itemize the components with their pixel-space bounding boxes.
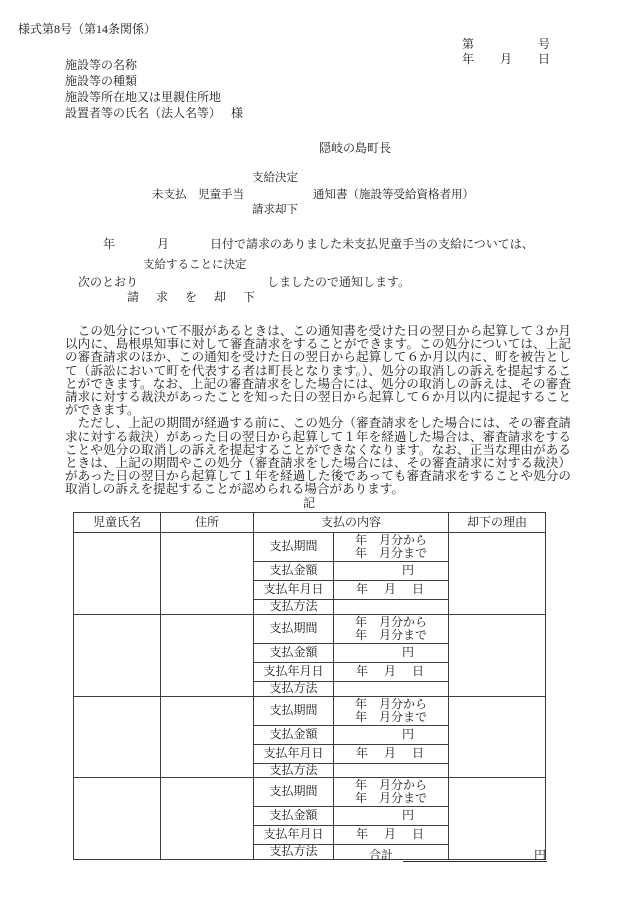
rejection-reason-cell — [449, 614, 546, 696]
payment-amount-value: 円 — [334, 807, 449, 826]
payment-period-value: 年 月分から年 月分まで — [334, 696, 449, 725]
payment-period-label: 支払期間 — [254, 696, 334, 725]
child-name-cell — [74, 533, 161, 615]
total-label: 合計 — [369, 848, 393, 862]
payment-date-label: 支払年月日 — [254, 744, 334, 763]
payment-amount-value: 円 — [334, 725, 449, 744]
appeal-notes: この処分について不服があるときは、この通知書を受けた日の翌日から起算して３か月以… — [65, 325, 571, 497]
payment-row-group: 支払期間年 月分から年 月分まで支払金額円支払年月日年 月 日支払方法 — [74, 696, 546, 778]
payment-date-label: 支払年月日 — [254, 581, 334, 600]
payment-period-to: 年 月分まで — [334, 547, 448, 560]
issuer-mayor-name: 隠岐の島町長 — [319, 141, 391, 155]
payment-table: 児童氏名 住所 支払の内容 却下の理由 支払期間年 月分から年 月分まで支払金額… — [73, 512, 546, 860]
payment-period-from: 年 月分から — [334, 698, 448, 711]
payment-amount-label: 支払金額 — [254, 643, 334, 662]
decision-suffix: しましたので通知します。 — [267, 275, 410, 289]
payment-method-value — [334, 763, 449, 778]
payment-period-label: 支払期間 — [254, 533, 334, 562]
decision-option-reject: 請 求 を 却 下 — [127, 290, 258, 304]
date-month-label: 月 — [500, 52, 512, 66]
total-unit-yen: 円 — [534, 848, 546, 862]
payment-date-value: 年 月 日 — [334, 826, 449, 845]
payment-amount-value: 円 — [334, 643, 449, 662]
recipient-founder-name-label: 設置者等の氏名（法人名等） — [65, 106, 221, 120]
payment-period-value: 年 月分から年 月分まで — [334, 533, 449, 562]
title-prefix: 未支払 児童手当 — [152, 189, 244, 203]
payment-amount-label: 支払金額 — [254, 562, 334, 581]
request-month-label: 月 — [157, 237, 169, 251]
total-amount-underline — [403, 861, 547, 862]
list-marker-ki: 記 — [73, 497, 545, 510]
address-cell — [161, 696, 254, 778]
title-option-grant: 支給決定 — [252, 172, 298, 186]
decision-prefix: 次のとおり — [78, 275, 138, 289]
payment-method-label: 支払方法 — [254, 600, 334, 615]
payment-period-label: 支払期間 — [254, 614, 334, 643]
payment-date-label: 支払年月日 — [254, 662, 334, 681]
rejection-reason-cell — [449, 533, 546, 615]
child-name-cell — [74, 614, 161, 696]
payment-date-label: 支払年月日 — [254, 826, 334, 845]
recipient-facility-type-label: 施設等の種類 — [65, 74, 137, 88]
payment-date-value: 年 月 日 — [334, 744, 449, 763]
date-day-label: 日 — [538, 52, 550, 66]
recipient-facility-name-label: 施設等の名称 — [65, 58, 137, 72]
payment-period-from: 年 月分から — [334, 616, 448, 629]
payment-method-label: 支払方法 — [254, 763, 334, 778]
title-option-reject: 請求却下 — [252, 204, 298, 218]
payment-period-to: 年 月分まで — [334, 629, 448, 642]
header-address: 住所 — [161, 513, 254, 533]
doc-number-suffix: 号 — [538, 37, 550, 51]
payment-method-label: 支払方法 — [254, 681, 334, 696]
date-year-label: 年 — [462, 52, 474, 66]
payment-row-group: 支払期間年 月分から年 月分まで支払金額円支払年月日年 月 日支払方法 — [74, 778, 546, 860]
document-page: 様式第8号（第14条関係） 第 号 年 月 日 施設等の名称 施設等の種類 施設… — [0, 0, 630, 903]
header-child-name: 児童氏名 — [74, 513, 161, 533]
payment-amount-label: 支払金額 — [254, 725, 334, 744]
decision-option-grant: 支給することに決定 — [143, 259, 247, 273]
payment-date-value: 年 月 日 — [334, 581, 449, 600]
payment-amount-label: 支払金額 — [254, 807, 334, 826]
address-cell — [161, 533, 254, 615]
child-name-cell — [74, 778, 161, 860]
payment-method-label: 支払方法 — [254, 845, 334, 860]
appeal-note-paragraph-2: ただし、上記の期間が経過する前に、この処分（審査請求をした場合には、その審査請求… — [65, 417, 571, 496]
payment-method-value — [334, 600, 449, 615]
payment-period-to: 年 月分まで — [334, 711, 448, 724]
doc-number-prefix: 第 — [462, 37, 474, 51]
appeal-note-paragraph-1: この処分について不服があるときは、この通知書を受けた日の翌日から起算して３か月以… — [65, 325, 571, 417]
rejection-reason-cell — [449, 778, 546, 860]
form-number-label: 様式第8号（第14条関係） — [18, 22, 156, 36]
address-cell — [161, 778, 254, 860]
title-suffix: 通知書（施設等受給資格者用） — [313, 189, 474, 203]
rejection-reason-cell — [449, 696, 546, 778]
payment-row-group: 支払期間年 月分から年 月分まで支払金額円支払年月日年 月 日支払方法 — [74, 533, 546, 615]
payment-period-value: 年 月分から年 月分まで — [334, 778, 449, 807]
payment-row-group: 支払期間年 月分から年 月分まで支払金額円支払年月日年 月 日支払方法 — [74, 614, 546, 696]
recipient-address-label: 施設等所在地又は里親住所地 — [65, 90, 221, 104]
child-name-cell — [74, 696, 161, 778]
request-year-label: 年 — [103, 237, 115, 251]
header-rejection-reason: 却下の理由 — [449, 513, 546, 533]
payment-date-value: 年 月 日 — [334, 662, 449, 681]
payment-period-label: 支払期間 — [254, 778, 334, 807]
payment-period-value: 年 月分から年 月分まで — [334, 614, 449, 643]
honorific-sama: 様 — [231, 106, 243, 120]
address-cell — [161, 614, 254, 696]
payment-period-to: 年 月分まで — [334, 792, 448, 805]
payment-method-value — [334, 681, 449, 696]
payment-amount-value: 円 — [334, 562, 449, 581]
header-payment-details: 支払の内容 — [254, 513, 449, 533]
request-line-text: 日付で請求のありました未支払児童手当の支給については、 — [210, 237, 534, 251]
